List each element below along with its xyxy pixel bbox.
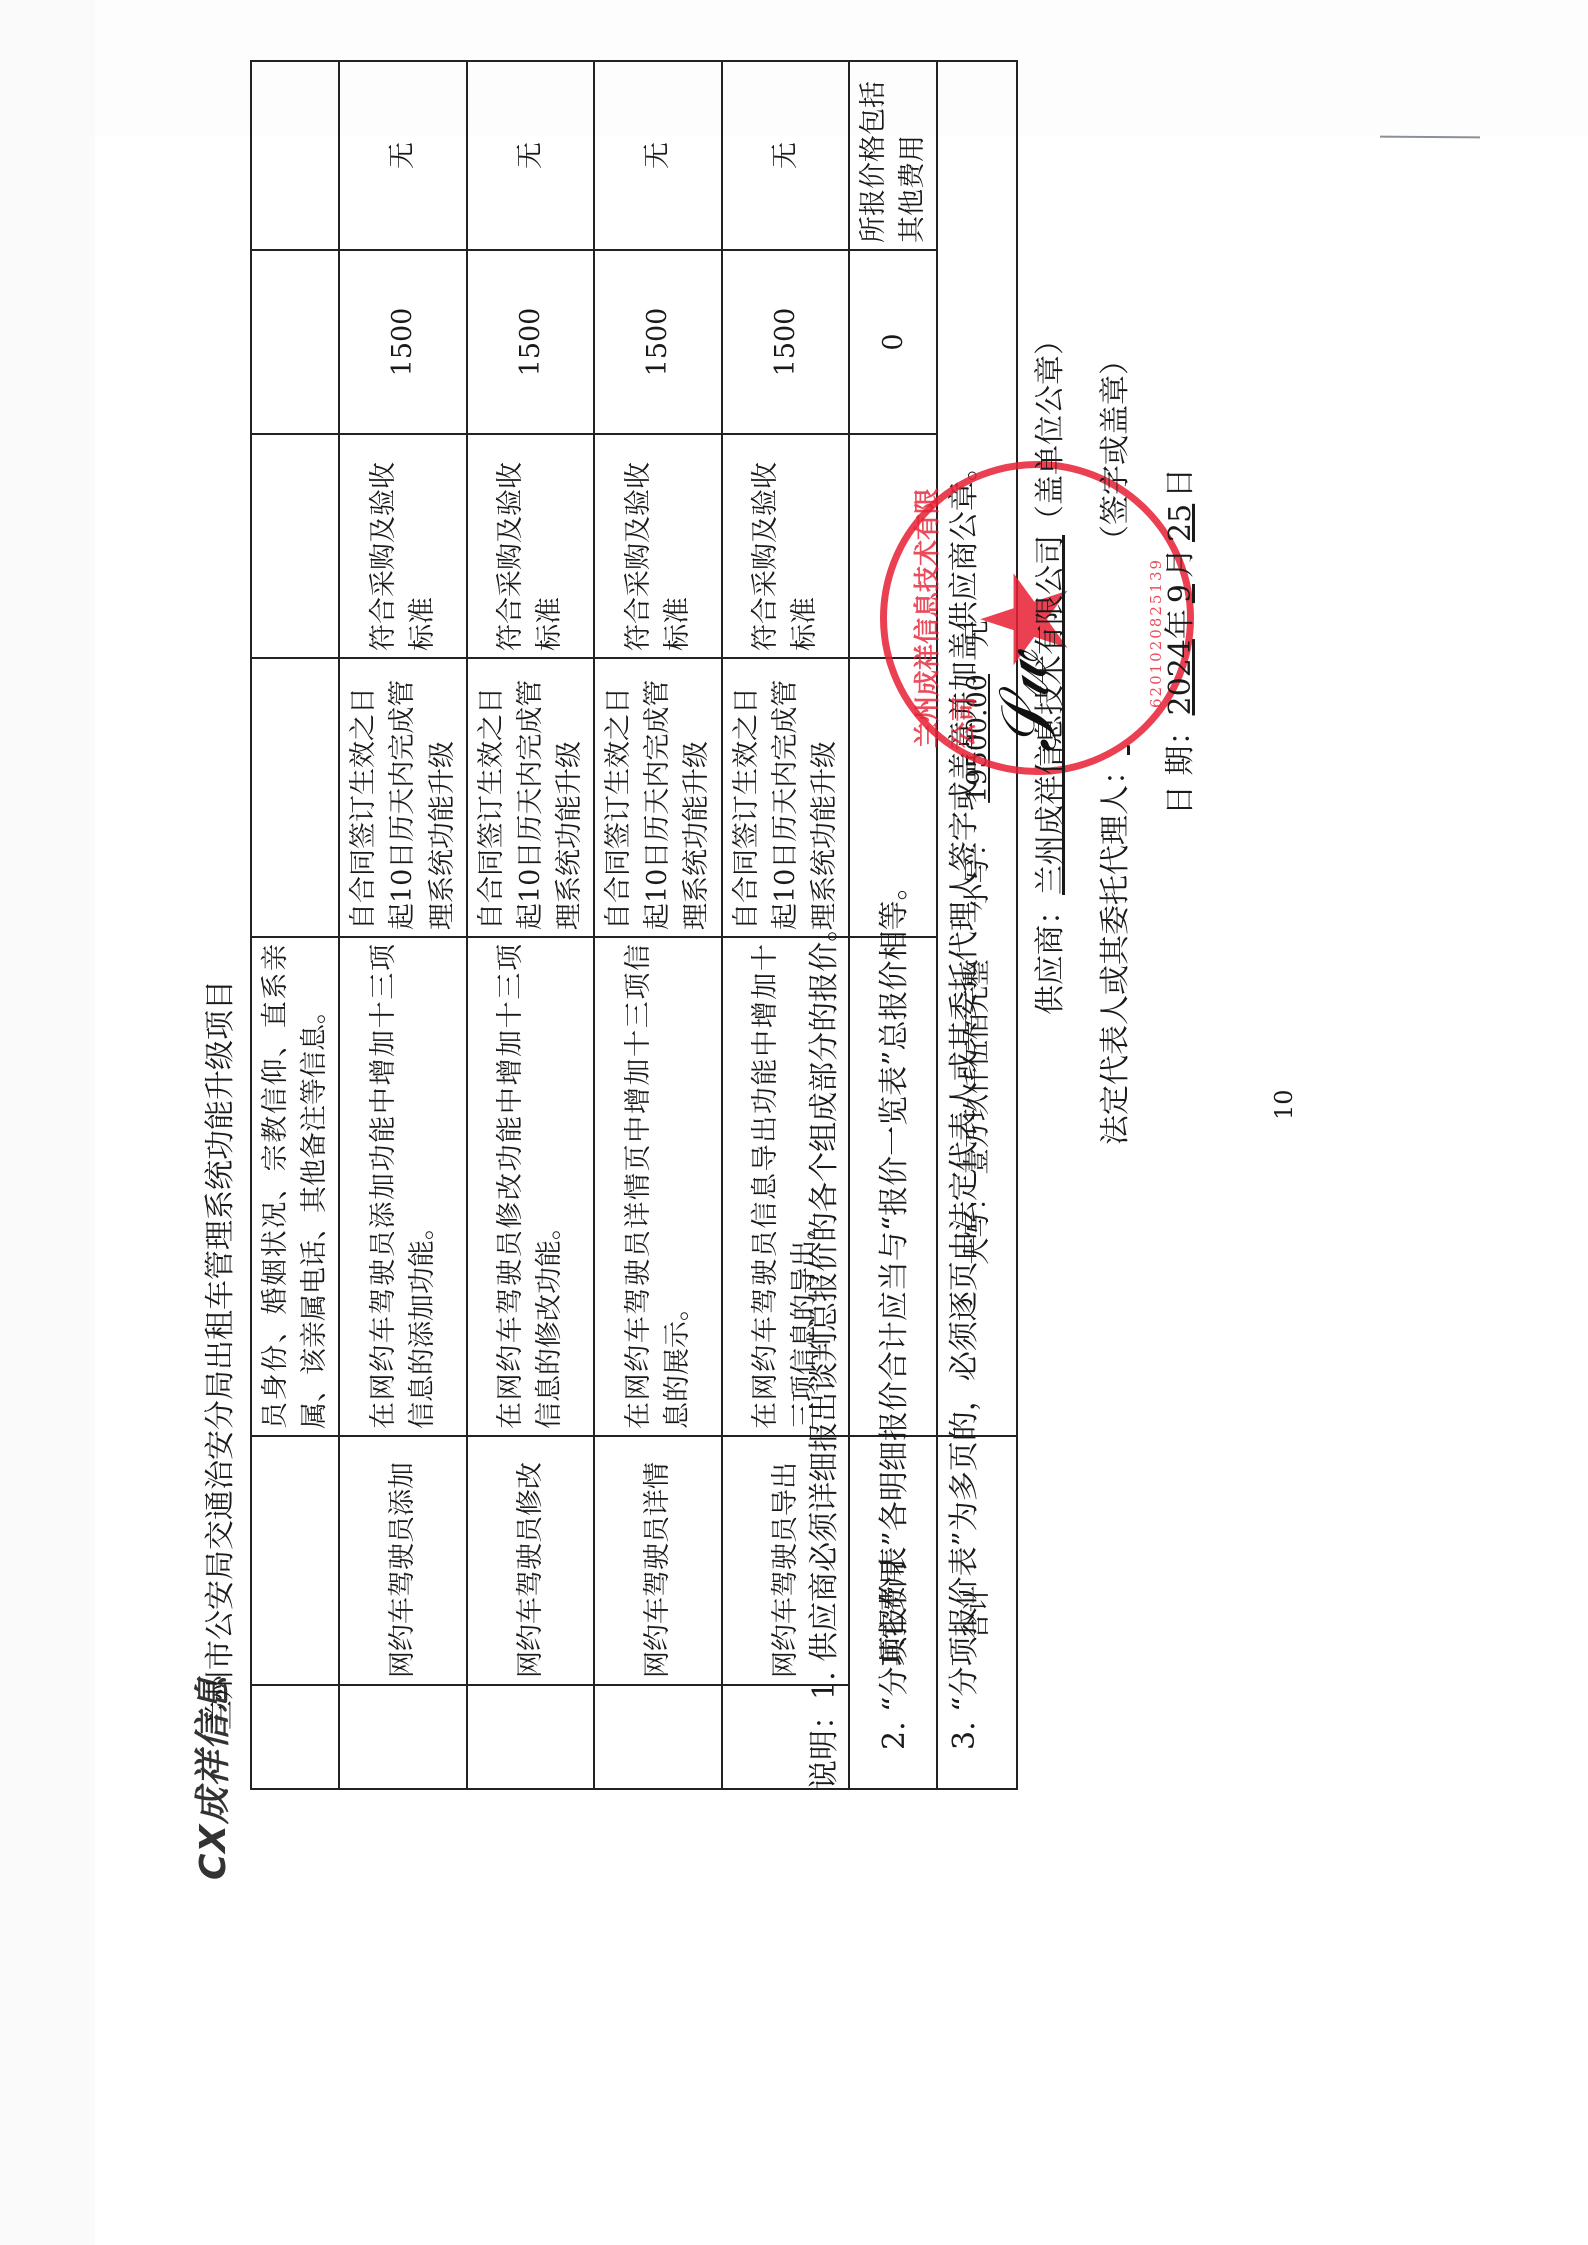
table-cell-description: 员身份、婚姻状况、宗教信仰、直系亲属、该亲属电话、其他备注等信息。 [251, 937, 339, 1436]
date-day-unit: 日 [1163, 468, 1198, 498]
date-year: 2024 [1163, 639, 1198, 715]
table-cell-price: 1500 [594, 250, 721, 434]
table-row: 网约车驾驶员详情 在网约车驾驶员详情页中增加十三项信息的展示。 自合同签订生效之… [594, 61, 721, 1789]
table-cell [594, 1685, 721, 1789]
table-cell-period: 自合同签订生效之日起10日历天内完成管理系统功能升级 [339, 658, 466, 937]
table-cell-name: 网约车驾驶员详情 [594, 1436, 721, 1685]
table-cell [251, 658, 339, 937]
rotated-page: CX成祥信息 兰州市公安局交通治安分局出租车管理系统功能升级项目 员身份、婚姻状… [0, 0, 1588, 2245]
table-cell-description: 在网约车驾驶员修改功能中增加十三项信息的修改功能。 [467, 937, 594, 1436]
page-number: 10 [1270, 1089, 1298, 1120]
table-row: 网约车驾驶员添加 在网约车驾驶员添加功能中增加十三项信息的添加功能。 自合同签订… [339, 61, 466, 1789]
table-cell [339, 1685, 466, 1789]
handwritten-signature: 𝒮𝓌 [978, 647, 1074, 760]
note-item: 1. 供应商必须详细报出谈判总报价的各个组成部分的报价。 [807, 912, 842, 1700]
table-cell-remark: 无 [594, 61, 721, 250]
table-cell-standard: 符合采购及验收标准 [467, 434, 594, 658]
table-cell [251, 1436, 339, 1685]
table-cell-remark: 无 [339, 61, 466, 250]
date-line: 日 期：2024年9月25日 [1155, 468, 1199, 815]
table-cell-name: 网约车驾驶员添加 [339, 1436, 466, 1685]
table-cell [467, 1685, 594, 1789]
date-month-unit: 月 [1163, 548, 1198, 578]
table-cell-price: 1500 [722, 250, 849, 434]
table-cell-remark: 无 [722, 61, 849, 250]
note-item: 2. “分项报价表”各明细报价合计应当与“报价一览表”总报价相等。 [880, 870, 910, 1750]
table-cell-period: 自合同签订生效之日起10日历天内完成管理系统功能升级 [722, 658, 849, 937]
other-fees-remark: 所报价格包括其他费用 [849, 61, 937, 250]
table-row-continued: 员身份、婚姻状况、宗教信仰、直系亲属、该亲属电话、其他备注等信息。 [251, 61, 339, 1789]
date-month: 9 [1163, 578, 1198, 609]
table-cell-name: 网约车驾驶员修改 [467, 1436, 594, 1685]
representative-suffix: （签字或盖章） [1098, 345, 1133, 555]
table-cell-price: 1500 [467, 250, 594, 434]
notes-prefix: 说明： [807, 1700, 842, 1790]
table-cell [251, 250, 339, 434]
table-cell [251, 61, 339, 250]
table-cell-period: 自合同签订生效之日起10日历天内完成管理系统功能升级 [467, 658, 594, 937]
date-label: 日 期： [1163, 715, 1198, 815]
representative-line: 法定代表人或其委托代理人： （签字或盖章） [1090, 345, 1134, 1145]
table-cell-period: 自合同签订生效之日起10日历天内完成管理系统功能升级 [594, 658, 721, 937]
supplier-label: 供应商： [1033, 895, 1068, 1015]
table-cell-description: 在网约车驾驶员详情页中增加十三项信息的展示。 [594, 937, 721, 1436]
other-fees-price: 0 [849, 250, 937, 434]
table-cell-remark: 无 [467, 61, 594, 250]
table-cell [251, 1685, 339, 1789]
table-cell [251, 434, 339, 658]
table-cell-standard: 符合采购及验收标准 [339, 434, 466, 658]
table-row: 网约车驾驶员修改 在网约车驾驶员修改功能中增加十三项信息的修改功能。 自合同签订… [467, 61, 594, 1789]
date-year-unit: 年 [1163, 609, 1198, 639]
document-title: 兰州市公安局交通治安分局出租车管理系统功能升级项目 [195, 980, 239, 1730]
date-day: 25 [1163, 498, 1198, 548]
supplier-suffix: （盖单位公章） [1033, 325, 1068, 535]
table-cell-standard: 符合采购及验收标准 [594, 434, 721, 658]
table-cell-description: 在网约车驾驶员添加功能中增加十三项信息的添加功能。 [339, 937, 466, 1436]
representative-label: 法定代表人或其委托代理人： [1098, 755, 1133, 1145]
table-cell-standard: 符合采购及验收标准 [722, 434, 849, 658]
representative-signature-field [1098, 555, 1133, 755]
table-cell-price: 1500 [339, 250, 466, 434]
